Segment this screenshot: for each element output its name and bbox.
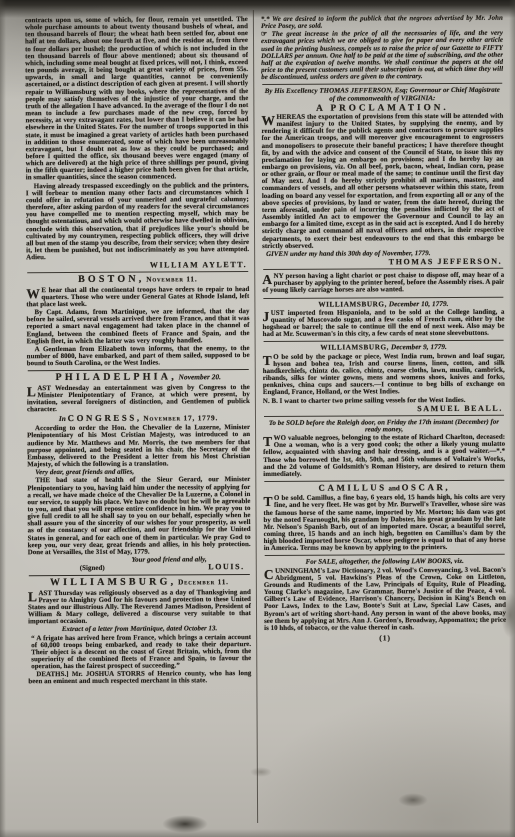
philadelphia-paragraph-1-text: AST Wednesday an entertainment was given… — [27, 384, 250, 414]
manicule-icon: ☞ — [261, 31, 268, 38]
law-books-ad-text: UNNINGHAM's Law Dictionary, 2 vol. Wood'… — [264, 566, 506, 632]
williamsburg-paragraph-1: LAST Thursday was religiously observed a… — [28, 589, 251, 626]
posey-notice: *.* We are desired to inform the publick… — [261, 15, 503, 31]
chariot-ad-text: NY person having a light chariot or post… — [262, 272, 504, 295]
proclamation-title: A PROCLAMATION. — [261, 103, 503, 111]
williamsburg-city-label: WILLIAMSBURG, — [50, 577, 176, 589]
camillus-title-right: OSCAR, — [402, 482, 451, 492]
camillus-heading: CAMILLUS and OSCAR, — [263, 484, 505, 493]
camillus-ad: TO be sold. Camillus, a fine bay, 6 year… — [263, 494, 505, 553]
drop-cap: W — [261, 115, 276, 126]
camillus-and-label: and — [389, 484, 400, 492]
martinique-extract-heading: Extract of a letter from Martinique, dat… — [28, 625, 251, 633]
aylett-letter-paragraph-1: contracts upon us, some of which, for fl… — [25, 16, 249, 182]
congress-title-label: CONGRESS, — [68, 413, 142, 423]
law-books-heading: For SALE, altogether, the following LAW … — [264, 558, 506, 566]
signed-label: (Signed) — [80, 565, 105, 572]
drop-cap: T — [263, 436, 274, 447]
jefferson-signature: THOMAS JEFFERSON. — [262, 258, 502, 266]
congress-in-label: In — [59, 414, 66, 423]
hispaniola-ad-heading: WILLIAMSBURG, December 10, 1779. — [262, 300, 504, 308]
drop-cap: A — [262, 274, 273, 285]
drop-cap: T — [263, 354, 274, 365]
congress-salutation: Very dear, great friends and allies, — [27, 468, 250, 476]
beall-signature: SAMUEL BEALL. — [263, 404, 503, 412]
drop-cap: L — [28, 591, 39, 602]
right-column: *.* We are desired to inform the publick… — [261, 15, 507, 834]
drop-cap: C — [264, 569, 275, 580]
beall-ad-text: O be sold by the package or piece, West … — [263, 352, 505, 396]
drop-cap: T — [263, 496, 274, 507]
williamsburg-date-label: December 11. — [178, 578, 229, 587]
boston-paragraph-1: WE hear that all the continental troops … — [26, 286, 249, 309]
section-rule — [262, 83, 502, 85]
boston-heading: BOSTON, November 11. — [26, 276, 249, 285]
beall-ad-heading: WILLIAMSBURG, December 9, 1779. — [263, 344, 505, 352]
hispaniola-ad-text: UST imported from Hispaniola, and to be … — [263, 308, 505, 338]
louis-signature-row: (Signed) LOUIS. — [28, 563, 251, 572]
hispaniola-ad: JUST imported from Hispaniola, and to be… — [262, 308, 504, 338]
left-column: contracts upon us, some of which, for fl… — [25, 16, 252, 835]
williamsburg-paragraph-1-text: AST Thursday was religiously observed as… — [28, 589, 251, 626]
philadelphia-date-label: November 20. — [179, 373, 221, 382]
philadelphia-heading: PHILADELPHIA, November 20. — [27, 373, 250, 382]
camillus-ad-text: O be sold. Camillus, a fine bay, 6 years… — [263, 494, 505, 552]
chariot-ad: ANY person having a light chariot or pos… — [262, 272, 504, 295]
aylett-letter-paragraph-2: Having already trespassed exceedingly on… — [26, 182, 249, 262]
beall-place-label: WILLIAMSBURG, — [320, 344, 389, 352]
drop-cap: W — [26, 288, 41, 299]
boston-paragraph-3: A Gentleman from Elizabeth town informs,… — [27, 345, 250, 368]
raleigh-sale-ad-text: WO valuable negroes, belonging to the es… — [263, 434, 505, 478]
drop-cap: L — [27, 386, 38, 397]
proclamation-body: WHEREAS the exportation of provisions fr… — [261, 113, 504, 250]
column-divider-rule — [253, 10, 258, 823]
beall-ad: TO be sold by the package or piece, West… — [263, 352, 505, 396]
section-rule — [265, 554, 505, 556]
boston-city-label: BOSTON, — [78, 274, 144, 285]
congress-date-label: November 17, 1779. — [143, 413, 218, 422]
williamsburg-heading: WILLIAMSBURG, December 11. — [28, 578, 251, 587]
newspaper-page: contracts upon us, some of which, for fl… — [0, 0, 515, 837]
martinique-extract: “ A frigate has arrived here from France… — [28, 634, 251, 671]
raleigh-sale-intro: To be SOLD before the Raleigh door, on F… — [263, 419, 505, 435]
page-footer-number: (1) — [264, 634, 506, 642]
deaths-notice: DEATHS.] Mr. JOSHUA STORRS of Henrico co… — [28, 670, 251, 685]
section-rule — [264, 415, 504, 417]
hispaniola-date-label: December 10, 1779. — [389, 300, 449, 308]
raleigh-sale-ad: TWO valuable negroes, belonging to the e… — [263, 434, 505, 478]
louis-signature: LOUIS. — [208, 563, 245, 570]
price-increase-notice: ☞ The great increase in the price of all… — [261, 30, 503, 81]
camillus-title-left: CAMILLUS — [318, 482, 386, 492]
section-rule — [263, 268, 503, 270]
law-books-ad: CUNNINGHAM's Law Dictionary, 2 vol. Wood… — [264, 566, 506, 632]
congress-paragraph-1: According to order the Hon. the Chevalie… — [27, 424, 250, 468]
boston-date-label: November 11. — [146, 275, 197, 284]
philadelphia-paragraph-1: LAST Wednesday an entertainment was give… — [27, 384, 250, 414]
page-content: contracts upon us, some of which, for fl… — [0, 0, 515, 837]
congress-heading: In CONGRESS, November 17, 1779. — [27, 414, 250, 423]
section-rule — [264, 340, 504, 342]
congress-paragraph-2: THE bad state of health of the Sieur Ger… — [27, 476, 250, 556]
proclamation-body-text: HEREAS the exportation of provisions fro… — [261, 113, 504, 250]
beall-date-label: December 9, 1779. — [391, 343, 447, 351]
boston-paragraph-1-text: E hear that all the continental troops h… — [26, 286, 249, 308]
proclamation-by-line: By His Excellency THOMAS JEFFERSON, Esq;… — [261, 87, 503, 103]
philadelphia-city-label: PHILADELPHIA, — [56, 372, 177, 384]
hispaniola-place-label: WILLIAMSBURG, — [318, 300, 387, 308]
price-increase-notice-text: The great increase in the price of all t… — [261, 30, 503, 81]
section-rule — [263, 296, 503, 298]
aylett-signature: WILLIAM AYLETT. — [26, 261, 247, 269]
boston-paragraph-2: By Capt. Adams, from Martinique, we are … — [26, 308, 249, 345]
